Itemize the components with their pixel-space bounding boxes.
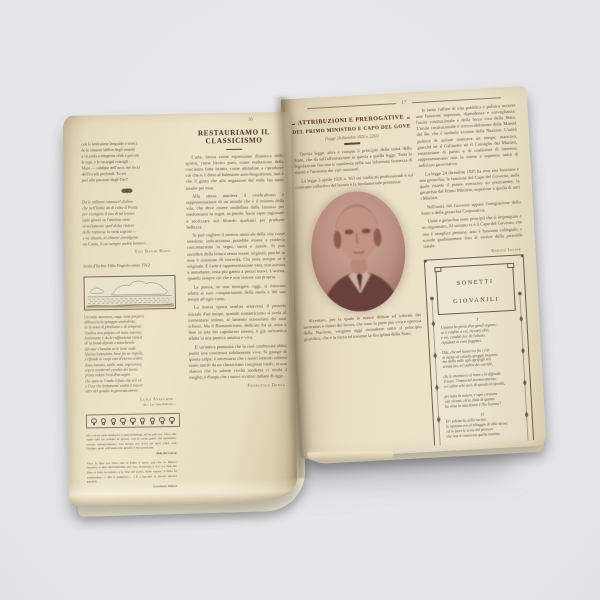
sonnet-text: Eri soletta là, nella cucina: la mamma e… — [446, 416, 525, 445]
bell-ornament-icon — [91, 418, 97, 424]
article-paragraph: diventate, per la quale le masse diffuse… — [303, 312, 422, 343]
landscape-drawing — [85, 277, 174, 309]
moth-ornament-icon — [121, 187, 133, 195]
poem-text: con le lentissime languide e tenaci de l… — [81, 140, 172, 183]
article-paragraph: La poesia, se mai insorgere, oggi, si ri… — [188, 283, 286, 303]
poem-text: Da le stillanti ramoscel d'ulivo che nel… — [82, 198, 173, 247]
headline-rule — [344, 142, 360, 144]
article-paragraph: Alla stessa maniera il cerebralismo è ra… — [186, 192, 285, 230]
headline-dash-left — [292, 124, 295, 125]
page-number-value: 17 — [402, 101, 407, 106]
bell-ornament-icon — [140, 417, 146, 423]
attribuzioni-column-right: In tanto l'affare di vita pubblica e pol… — [415, 102, 534, 445]
left-page-poetry-column: con le lentissime languide e tenaci de l… — [81, 140, 177, 489]
bell-ornament-icon — [130, 417, 136, 423]
footnote-text: Vive la fine del libro che si fama il no… — [87, 460, 177, 485]
bell-ornament-icon — [169, 417, 175, 423]
sonetti-title-frame: SONETTI GIOVANILI — [435, 263, 516, 315]
bell-ornament-icon — [120, 418, 126, 424]
header-rule-left — [307, 103, 396, 109]
magazine-page-right: 17 ATTRIBUZIONI E PREROGATIVE DEL PRIMO … — [281, 86, 547, 459]
sonnet-text: L'anima ho piena d'un gentil segreto; se… — [441, 322, 520, 410]
restauriamo-article-column: RESTAURIAMO IL CLASSICISMO L'arte, intes… — [185, 128, 289, 488]
poem-text: Un'onda mormora, vaga, tinta porpora abb… — [84, 314, 175, 395]
bell-ornament-icon — [111, 418, 117, 424]
article-paragraph: L'arte, intesa come espressione dinamica… — [185, 153, 284, 191]
photo-background: 17 ATTRIBUZIONI E PREROGATIVE DEL PRIMO … — [0, 0, 600, 600]
article-signature: Francesco Denza — [189, 382, 285, 389]
article-headline: ATTRIBUZIONI E PREROGATIVE DEL PRIMO MIN… — [292, 114, 411, 147]
article-paragraph: In tanto l'affare di vita pubblica e pol… — [415, 102, 518, 169]
portrait-illustration — [308, 189, 409, 314]
article-title: RESTAURIAMO IL CLASSICISMO — [185, 128, 283, 146]
header-rule-right — [412, 97, 501, 103]
attribuzioni-column-left: ATTRIBUZIONI E PREROGATIVE DEL PRIMO MIN… — [292, 114, 428, 452]
landscape-illustration — [83, 275, 176, 311]
ornament-row-frame — [86, 412, 180, 428]
footnote-attribution: Aldo del Corso — [86, 451, 176, 457]
poem-place-line: Isola d'Ischia Villa Fagiolo-anno 1912 — [83, 262, 173, 269]
corner-rosette-icon — [424, 259, 427, 263]
bell-ornament-icon — [159, 417, 165, 423]
sonetti-title: SONETTI GIOVANILI — [453, 278, 499, 305]
article-paragraph: Questa legge, altra e compie il principi… — [294, 145, 413, 176]
page-edge-stack — [307, 451, 393, 460]
article-paragraph: Si può cogliere il motivo musicale della… — [187, 231, 286, 282]
corner-rosette-icon — [521, 255, 525, 258]
magazine-page-left: 16 con le lentissime languide e tenaci d… — [63, 112, 298, 506]
poem-signature-source: da « La Casa Editrice » — [86, 401, 176, 407]
poem-signature: Ugo Silvio Rossi — [83, 248, 171, 255]
article-paragraph: La nostra epoca sembra attraversi il per… — [188, 303, 287, 341]
bell-ornament-icon — [150, 417, 156, 423]
article-paragraph: La legge 24 dicembre 1925 ha reso una fu… — [419, 166, 521, 202]
magazine-spread: 17 ATTRIBUZIONI E PREROGATIVE DEL PRIMO … — [52, 85, 548, 528]
article-paragraph: E' un'antica pensosità che la così conde… — [189, 343, 288, 381]
headline-dash-right — [407, 118, 410, 119]
footnote-attribution: Gerolamo Milani — [87, 484, 177, 490]
title-rule — [226, 148, 242, 150]
page-number-left: 16 — [248, 118, 253, 123]
sonetti-box: SONETTI GIOVANILI I L'anima ho piena d'u… — [424, 255, 534, 446]
article-paragraph: Unità e gerarchia sono principii che si … — [422, 214, 524, 250]
bell-ornament-icon — [101, 418, 107, 424]
footnote-text: Ma con le carte stampate e quei problemi… — [86, 431, 176, 451]
portrait-photo-mussolini — [308, 189, 409, 314]
